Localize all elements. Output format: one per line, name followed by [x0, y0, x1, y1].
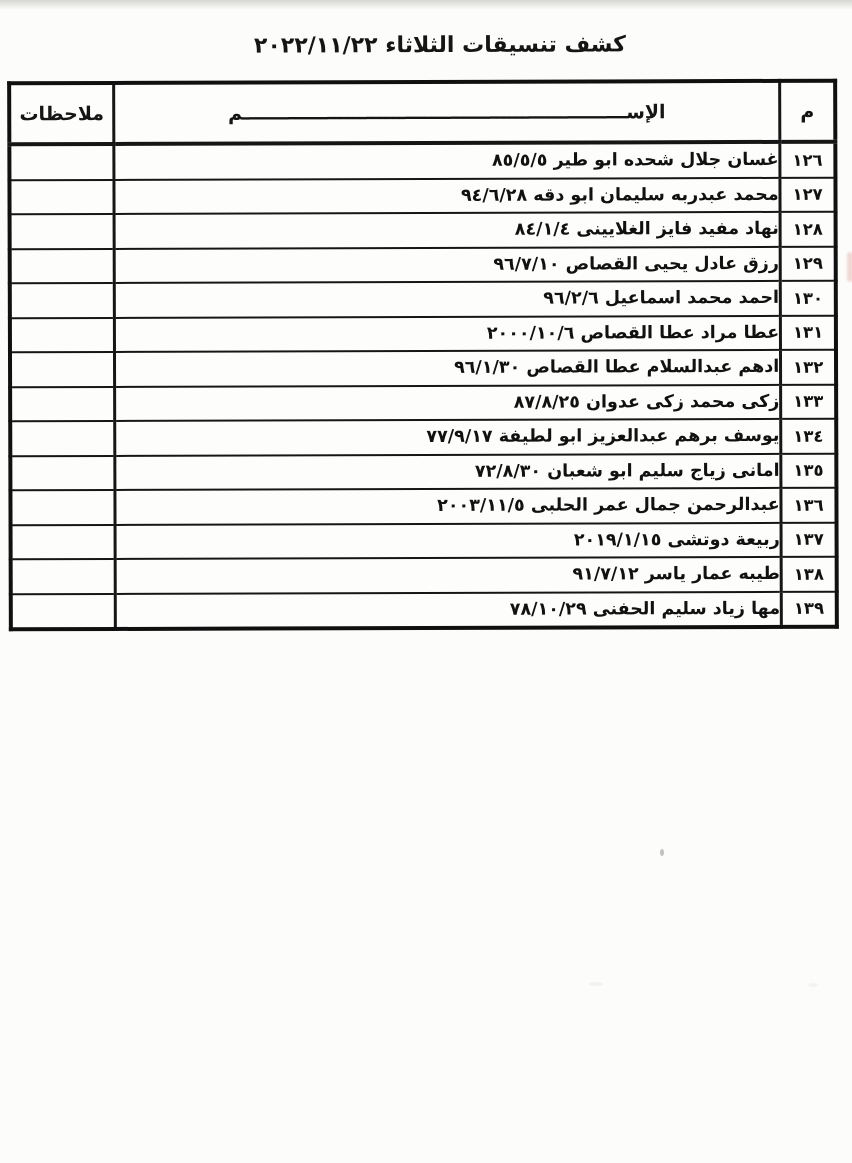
name-cell: نهاد مفيد فايز الغلايينى ٨٤/١/٤: [114, 212, 780, 249]
notes-cell: [11, 559, 116, 594]
notes-cell: [10, 214, 115, 249]
row-number-cell: ١٣٨: [781, 557, 836, 592]
name-cell: ادهم عبدالسلام عطا القصاص ٩٦/١/٣٠: [114, 350, 780, 387]
row-number-cell: ١٣٥: [781, 453, 836, 488]
table-row: مها زياد سليم الحفنى ٧٨/١٠/٢٩ ١٣٩: [11, 591, 837, 629]
name-cell: رزق عادل يحيى القصاص ٩٦/٧/١٠: [114, 246, 780, 283]
table-row: طيبه عمار ياسر ٩١/٧/١٢ ١٣٨: [11, 557, 837, 594]
name-cell: غسان جلال شحده ابو طير ٨٥/٥/٥: [114, 142, 780, 180]
scan-artifact-top-strip: [0, 0, 852, 10]
row-number-cell: ١٣٣: [781, 384, 836, 419]
notes-cell: [10, 455, 115, 490]
name-cell: يوسف برهم عبدالعزيز ابو لطيفة ٧٧/٩/١٧: [115, 419, 781, 456]
notes-cell: [10, 248, 115, 283]
notes-cell: [10, 490, 115, 525]
name-cell: طيبه عمار ياسر ٩١/٧/١٢: [115, 557, 781, 594]
scan-speck: [808, 983, 818, 987]
notes-cell: [11, 593, 116, 629]
table-wrapper: ملاحظات الإســــــــــــــــــــــــــــ…: [7, 79, 843, 632]
header-notes: ملاحظات: [9, 83, 114, 144]
table-row: رزق عادل يحيى القصاص ٩٦/٧/١٠ ١٢٩: [10, 246, 836, 283]
name-cell: عطا مراد عطا القصاص ٢٠٠٠/١٠/٦: [114, 315, 780, 352]
row-number-cell: ١٢٨: [780, 212, 835, 247]
table-row: ربيعة دوتشى ٢٠١٩/١/١٥ ١٣٧: [11, 522, 837, 559]
row-number-cell: ١٢٩: [780, 246, 835, 281]
row-number-cell: ١٣٧: [781, 522, 836, 557]
header-name: الإســــــــــــــــــــــــــــــــــــ…: [114, 81, 780, 144]
name-cell: احمد محمد اسماعيل ٩٦/٢/٦: [114, 281, 780, 318]
row-number-cell: ١٣٦: [781, 488, 836, 523]
table-row: محمد عبدربه سليمان ابو دقه ٩٤/٦/٢٨ ١٢٧: [9, 177, 835, 214]
notes-cell: [11, 524, 116, 559]
table-row: يوسف برهم عبدالعزيز ابو لطيفة ٧٧/٩/١٧ ١٣…: [10, 419, 836, 456]
notes-cell: [10, 317, 115, 352]
name-cell: امانى زياج سليم ابو شعبان ٧٢/٨/٣٠: [115, 453, 781, 490]
scanned-page: كشف تنسيقات الثلاثاء ٢٠٢٢/١١/٢٢ ملاحظات …: [0, 0, 852, 1163]
row-number-cell: ١٢٧: [780, 177, 835, 212]
table-row: غسان جلال شحده ابو طير ٨٥/٥/٥ ١٢٦: [9, 142, 835, 180]
notes-cell: [10, 421, 115, 456]
table-row: احمد محمد اسماعيل ٩٦/٢/٦ ١٣٠: [10, 281, 836, 318]
row-number-cell: ١٢٦: [780, 142, 835, 178]
notes-cell: [9, 144, 114, 180]
table-row: عبدالرحمن جمال عمر الحلبى ٢٠٠٣/١١/٥ ١٣٦: [10, 488, 836, 525]
notes-cell: [10, 386, 115, 421]
header-number: م: [780, 81, 835, 142]
notes-cell: [10, 352, 115, 387]
table-header: ملاحظات الإســــــــــــــــــــــــــــ…: [9, 81, 835, 145]
table-row: ادهم عبدالسلام عطا القصاص ٩٦/١/٣٠ ١٣٢: [10, 350, 836, 387]
notes-cell: [9, 179, 114, 214]
page-title: كشف تنسيقات الثلاثاء ٢٠٢٢/١١/٢٢: [14, 32, 852, 60]
table-row: عطا مراد عطا القصاص ٢٠٠٠/١٠/٦ ١٣١: [10, 315, 836, 352]
scan-speck: [660, 849, 664, 856]
scan-smudge: [847, 252, 852, 282]
name-cell: مها زياد سليم الحفنى ٧٨/١٠/٢٩: [115, 591, 781, 629]
name-cell: زكى محمد زكى عدوان ٨٧/٨/٢٥: [115, 384, 781, 421]
table-row: امانى زياج سليم ابو شعبان ٧٢/٨/٣٠ ١٣٥: [10, 453, 836, 490]
row-number-cell: ١٣٩: [781, 591, 836, 627]
row-number-cell: ١٣٠: [780, 281, 835, 316]
name-cell: محمد عبدربه سليمان ابو دقه ٩٤/٦/٢٨: [114, 177, 780, 214]
notes-cell: [10, 283, 115, 318]
row-number-cell: ١٣٢: [781, 350, 836, 385]
table-row: زكى محمد زكى عدوان ٨٧/٨/٢٥ ١٣٣: [10, 384, 836, 421]
table-row: نهاد مفيد فايز الغلايينى ٨٤/١/٤ ١٢٨: [10, 212, 836, 249]
row-number-cell: ١٣٤: [781, 419, 836, 454]
scan-speck: [589, 982, 603, 986]
name-cell: عبدالرحمن جمال عمر الحلبى ٢٠٠٣/١١/٥: [115, 488, 781, 525]
header-row: ملاحظات الإســــــــــــــــــــــــــــ…: [9, 81, 835, 145]
coordination-list-table: ملاحظات الإســــــــــــــــــــــــــــ…: [7, 79, 839, 632]
table-body: غسان جلال شحده ابو طير ٨٥/٥/٥ ١٢٦ محمد ع…: [9, 142, 837, 630]
name-cell: ربيعة دوتشى ٢٠١٩/١/١٥: [115, 522, 781, 559]
row-number-cell: ١٣١: [781, 315, 836, 350]
